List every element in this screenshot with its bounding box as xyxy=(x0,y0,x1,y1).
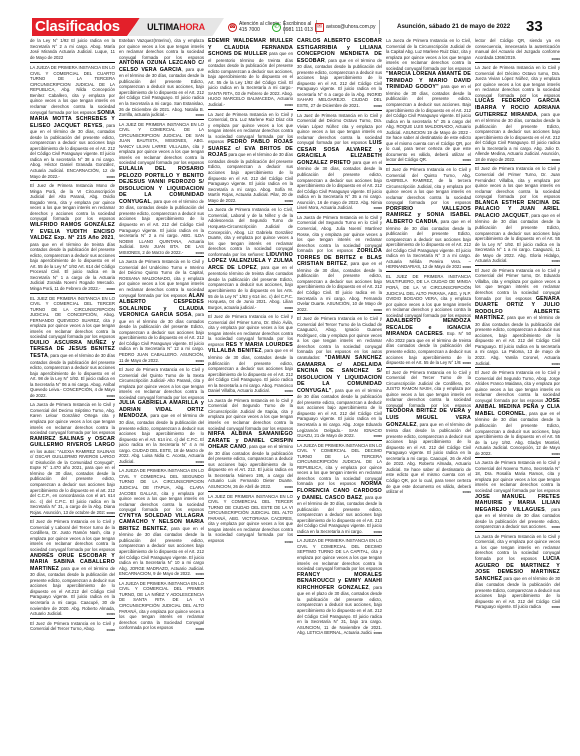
notice-code: 00000 xyxy=(372,631,382,637)
notice-text: , para que en el término de 30 días cont… xyxy=(386,219,471,269)
notice-party-names: WILFRIDO RAMOS GONZÁLEZ Y EVELIA YUDITH … xyxy=(30,222,115,241)
notice-text: Esteban Vazquez(Interino), cita y emplaz… xyxy=(119,38,204,60)
legal-notice: La Jueza de Primera Instancia en lo Civi… xyxy=(208,204,293,311)
notice-text: lector del Código QR, siendo ya en conse… xyxy=(475,38,560,60)
masthead: Clasificados ULTIMAHORA ☎ Atención al cl… xyxy=(30,18,560,36)
logo-part-ultima: ULTIMA xyxy=(147,22,179,32)
legal-notice: La Jueza de Primera Instancia en lo Civi… xyxy=(30,399,115,516)
notice-text: , para que en el término de 30 días cont… xyxy=(30,353,115,398)
notice-text: , para que en el plazo de 30 días, conta… xyxy=(297,585,382,635)
notice-text: , para que en el término de 30 días, con… xyxy=(119,67,204,117)
legal-notice: La Juez de Primera Instancia en lo Civil… xyxy=(208,109,293,205)
notice-text: , para que en el término de 30 días, con… xyxy=(297,495,382,534)
notice-text: , para que en el término de 30 días cont… xyxy=(475,411,560,456)
legal-notice: La Jueza de Primera Instancia en lo Civi… xyxy=(119,256,204,364)
notice-text: , para que en el término de 30 días, con… xyxy=(119,413,204,463)
column-6: lector del Código QR, siendo ya en conse… xyxy=(475,38,560,746)
legal-notice: EL JUEZ DE PRIMERA INSTANCIA EN LO CIVIL… xyxy=(30,293,115,400)
notice-text: LA JUEZA DE PRIMERA INSTANCIA EN LO CIVI… xyxy=(119,468,204,512)
legal-notice: La Jueza de Primera Instancia en lo Civi… xyxy=(208,395,293,491)
legal-notice: LA JUEZ DE PRIMERA INSTANCIA EN LO CIVIL… xyxy=(208,491,293,546)
legal-notice: Esteban Vazquez(Interino), cita y emplaz… xyxy=(119,38,204,119)
notice-text: , para que en el perentorio término de t… xyxy=(208,265,293,310)
notice-text: LA JUEZA DE PRIMERA INSTANCIA EN LO CIVI… xyxy=(30,65,115,114)
newspaper-page: Clasificados ULTIMAHORA ☎ Atención al cl… xyxy=(30,0,560,756)
legal-notice: El Juez de Primera Instancia en lo Civil… xyxy=(475,163,560,264)
paper-logo: ULTIMAHORA xyxy=(128,18,224,36)
legal-notice: El Juez de Primera Instancia en lo Civil… xyxy=(386,164,471,271)
legal-notice: EDEMIR WALDEMAR MULLER Y CLAUDIA FERNAND… xyxy=(208,38,293,109)
notice-text: LA JUEZA DE PRIMERA INSTANCIA EN LO CIVI… xyxy=(297,443,382,487)
column-5: La Jueza de Primera Instancia en lo Civi… xyxy=(386,38,471,746)
notice-text: , para que en el término de 30 días, con… xyxy=(297,58,382,108)
notice-text: para que en el término de 30 días, conta… xyxy=(297,160,382,210)
legal-notice: CARLOS ALBERTO ESCOBAR ESTIGARRIBIA y LI… xyxy=(297,38,382,110)
notice-text: de la Ley N° 1/92 El juicio radica en la… xyxy=(30,38,115,60)
legal-notice: La Juez de Primera Instancia en lo Civil… xyxy=(297,110,382,212)
legal-notice: de la Ley N° 1/92 El juicio radica en la… xyxy=(30,38,115,62)
notice-code: 00000 xyxy=(283,540,293,546)
notice-text: El Juez de Primera Instancia Mono de Min… xyxy=(30,183,115,221)
page-number: 33 xyxy=(526,18,543,35)
notice-text: EL JUEZ DE PRIMERA INSTANCIA MULTIFUERO,… xyxy=(386,274,471,318)
legal-notice: El Juez de Primera Instancia en lo Civil… xyxy=(475,367,560,457)
email-contact: ✉ avisos@uhora.com.py xyxy=(315,20,380,34)
notice-text: La Jueza de Primera Instancia en lo Civi… xyxy=(30,402,115,435)
column-3: EDEMIR WALDEMAR MULLER Y CLAUDIA FERNAND… xyxy=(208,38,293,746)
section-title: Clasificados xyxy=(32,18,140,36)
notice-text: para que en el término de 30 días contad… xyxy=(208,152,293,202)
email-address: avisos@uhora.com.py xyxy=(326,24,376,30)
legal-notice: LA JUEZA DE PRIMERA INSTANCIA EN LO CIVI… xyxy=(119,578,204,633)
notice-text: El Juez de Primera Instancia en lo Civil… xyxy=(297,316,382,360)
legal-notice: LA JUEZA DE PRIMERA INSTANCIA EN LO CIVI… xyxy=(297,535,382,636)
legal-notice: LA JUEZA DE PRIMERA INSTANCIA EN LO CIVI… xyxy=(297,440,382,536)
notice-text: , para que en el término de 30 días cont… xyxy=(475,315,560,365)
notice-text: , para que en el término de 30 días, con… xyxy=(475,112,560,162)
notice-text: EL JUEZ DE PRIMERA INSTANCIA EN LO CIVIL… xyxy=(30,296,115,340)
notice-text: para que en el término de 30 días, conta… xyxy=(386,84,471,162)
whatsapp-number: 0981 111 013 xyxy=(283,27,313,33)
phone-icon: ☎ xyxy=(228,23,237,32)
column-1: de la Ley N° 1/92 El juicio radica en la… xyxy=(30,38,115,746)
notice-text: El Juez de Primera Instancia en lo Civil… xyxy=(475,166,560,199)
notice-text: LA JUEZA DE PRIMERA INSTANCIA EN LO CIVI… xyxy=(119,581,204,630)
phone-number: 415 7000 xyxy=(239,27,260,33)
legal-notice: El Juez de Primera Instancia en lo Civil… xyxy=(30,618,115,634)
notice-text: , para que en el término de 30 días cont… xyxy=(119,526,204,576)
legal-notice: El Juez de Primera Instancia en lo Civil… xyxy=(386,367,471,496)
notice-text: , para que en el término de treinta días… xyxy=(386,422,471,495)
notice-text: La Juez de Primera Instancia en lo Civil… xyxy=(475,65,560,98)
logo-part-hora: HORA xyxy=(179,22,205,32)
notice-code: 00000 xyxy=(461,490,471,496)
notice-text: LA JUEZA DE PRIMERA INSTANCIA EN LO CIVI… xyxy=(297,538,382,571)
notice-text: , para que en el término de treinta días… xyxy=(30,235,115,291)
legal-notice: LA JUEZ DE PRIMERA INSTANCIA EN LO CIVIL… xyxy=(119,119,204,257)
notice-code: 00000 xyxy=(105,628,115,634)
legal-notice: El Juez de Primera Instancia en lo Civil… xyxy=(30,516,115,617)
whatsapp-icon: ✆ xyxy=(272,23,281,32)
notice-text: , para que en el término de 30 días, con… xyxy=(297,261,382,311)
column-4: CARLOS ALBERTO ESCOBAR ESTIGARRIBIA y LI… xyxy=(297,38,382,746)
legal-notice: El Juez de Primera Instancia en lo Civil… xyxy=(119,364,204,465)
legal-notice: El Juez de Primera Instancia en lo Civil… xyxy=(297,313,382,439)
notice-text: El Juez de Primera Instancia en lo Civil… xyxy=(386,167,471,205)
legal-notice: LA JUEZA DE PRIMERA INSTANCIA EN LO CIVI… xyxy=(30,62,115,180)
envelope-icon: ✉ xyxy=(315,23,324,32)
notice-text: , para que en el término de 30 días cont… xyxy=(297,388,382,438)
notice-text: en los autos: "ALEXIA RAMIREZ SALINAS c/… xyxy=(30,449,115,515)
column-2: Esteban Vazquez(Interino), cita y emplaz… xyxy=(119,38,204,746)
notice-text: para que en el término de 30 días, conta… xyxy=(30,566,115,616)
legal-notice: La Juez de Primera Instancia en lo Civil… xyxy=(475,62,560,163)
legal-notice: La Jueza de Primera Instancia en lo Civi… xyxy=(475,531,560,611)
notice-text: , para que en el término de 30 días cont… xyxy=(208,444,293,489)
notice-text: El Juez de Primera Instancia en lo Civil… xyxy=(30,621,115,632)
notice-text: para que en el perentorio término de tre… xyxy=(208,51,293,107)
notice-text: , para que en el término de 30 días, con… xyxy=(208,348,293,393)
legal-notice: El Juez de Primera Instancia Mono de Min… xyxy=(30,180,115,292)
legal-notice: LA JUEZA DE PRIMERA INSTANCIA EN LO CIVI… xyxy=(119,465,204,577)
legal-notice: La Jueza de Primera Instancia en lo Civi… xyxy=(475,457,560,531)
notice-text: La Jueza de Primera Instancia en lo Civi… xyxy=(208,207,293,256)
notice-text: , para que en el término de 30 días, con… xyxy=(30,123,115,179)
notice-text: , para que en el término de 30 días, con… xyxy=(119,199,204,255)
notice-text: LA JUEZ DE PRIMERA INSTANCIA EN LO CIVIL… xyxy=(119,122,204,166)
legal-notice: El Juez de Primera Instancia en lo Civil… xyxy=(208,311,293,395)
legal-notice: La Jueza de Primera Instancia en lo Civi… xyxy=(386,38,471,164)
notice-text: La Jueza de Primera Instancia en lo Civi… xyxy=(475,460,560,493)
notice-text: El Juez de Primera Instancia en lo Civil… xyxy=(386,370,471,408)
legal-notice: lector del Código QR, siendo ya en conse… xyxy=(475,38,560,62)
dateline: Asunción, sábado 21 de mayo de 2022 xyxy=(397,23,510,30)
notice-text: El Juez de Primera Instancia en lo Civil… xyxy=(119,367,204,400)
notice-code: 00000 xyxy=(550,605,560,611)
notice-party-names: RAMIREZ SALINAS y OSCAR GUILLERMO RIVERO… xyxy=(30,436,115,449)
notice-text: La Jueza de Primera Instancia en lo Civi… xyxy=(208,398,293,431)
notice-code: 00000 xyxy=(194,627,204,633)
notice-text: La Jueza de Primera Instancia en lo Civi… xyxy=(386,38,471,71)
notice-text: , para que en el término de 30 días cont… xyxy=(475,213,560,263)
classifieds-columns: de la Ley N° 1/92 El juicio radica en la… xyxy=(30,38,560,746)
whatsapp-contact: ✆ Escribinos al0981 111 013 xyxy=(272,20,317,34)
legal-notice: La Jueza de Primera Instancia en lo Civi… xyxy=(297,212,382,313)
notice-text: El Juez de Primera Instancia en lo Civil… xyxy=(30,519,115,552)
legal-notice: El Juez de Primera Instancia en lo Civil… xyxy=(475,265,560,367)
notice-text: , para que en el término de 30 días cont… xyxy=(119,312,204,362)
legal-notice: EL JUEZ DE PRIMERA INSTANCIA MULTIFUERO,… xyxy=(386,271,471,367)
notice-text: LA JUEZ DE PRIMERA INSTANCIA EN LO CIVIL… xyxy=(208,494,293,543)
